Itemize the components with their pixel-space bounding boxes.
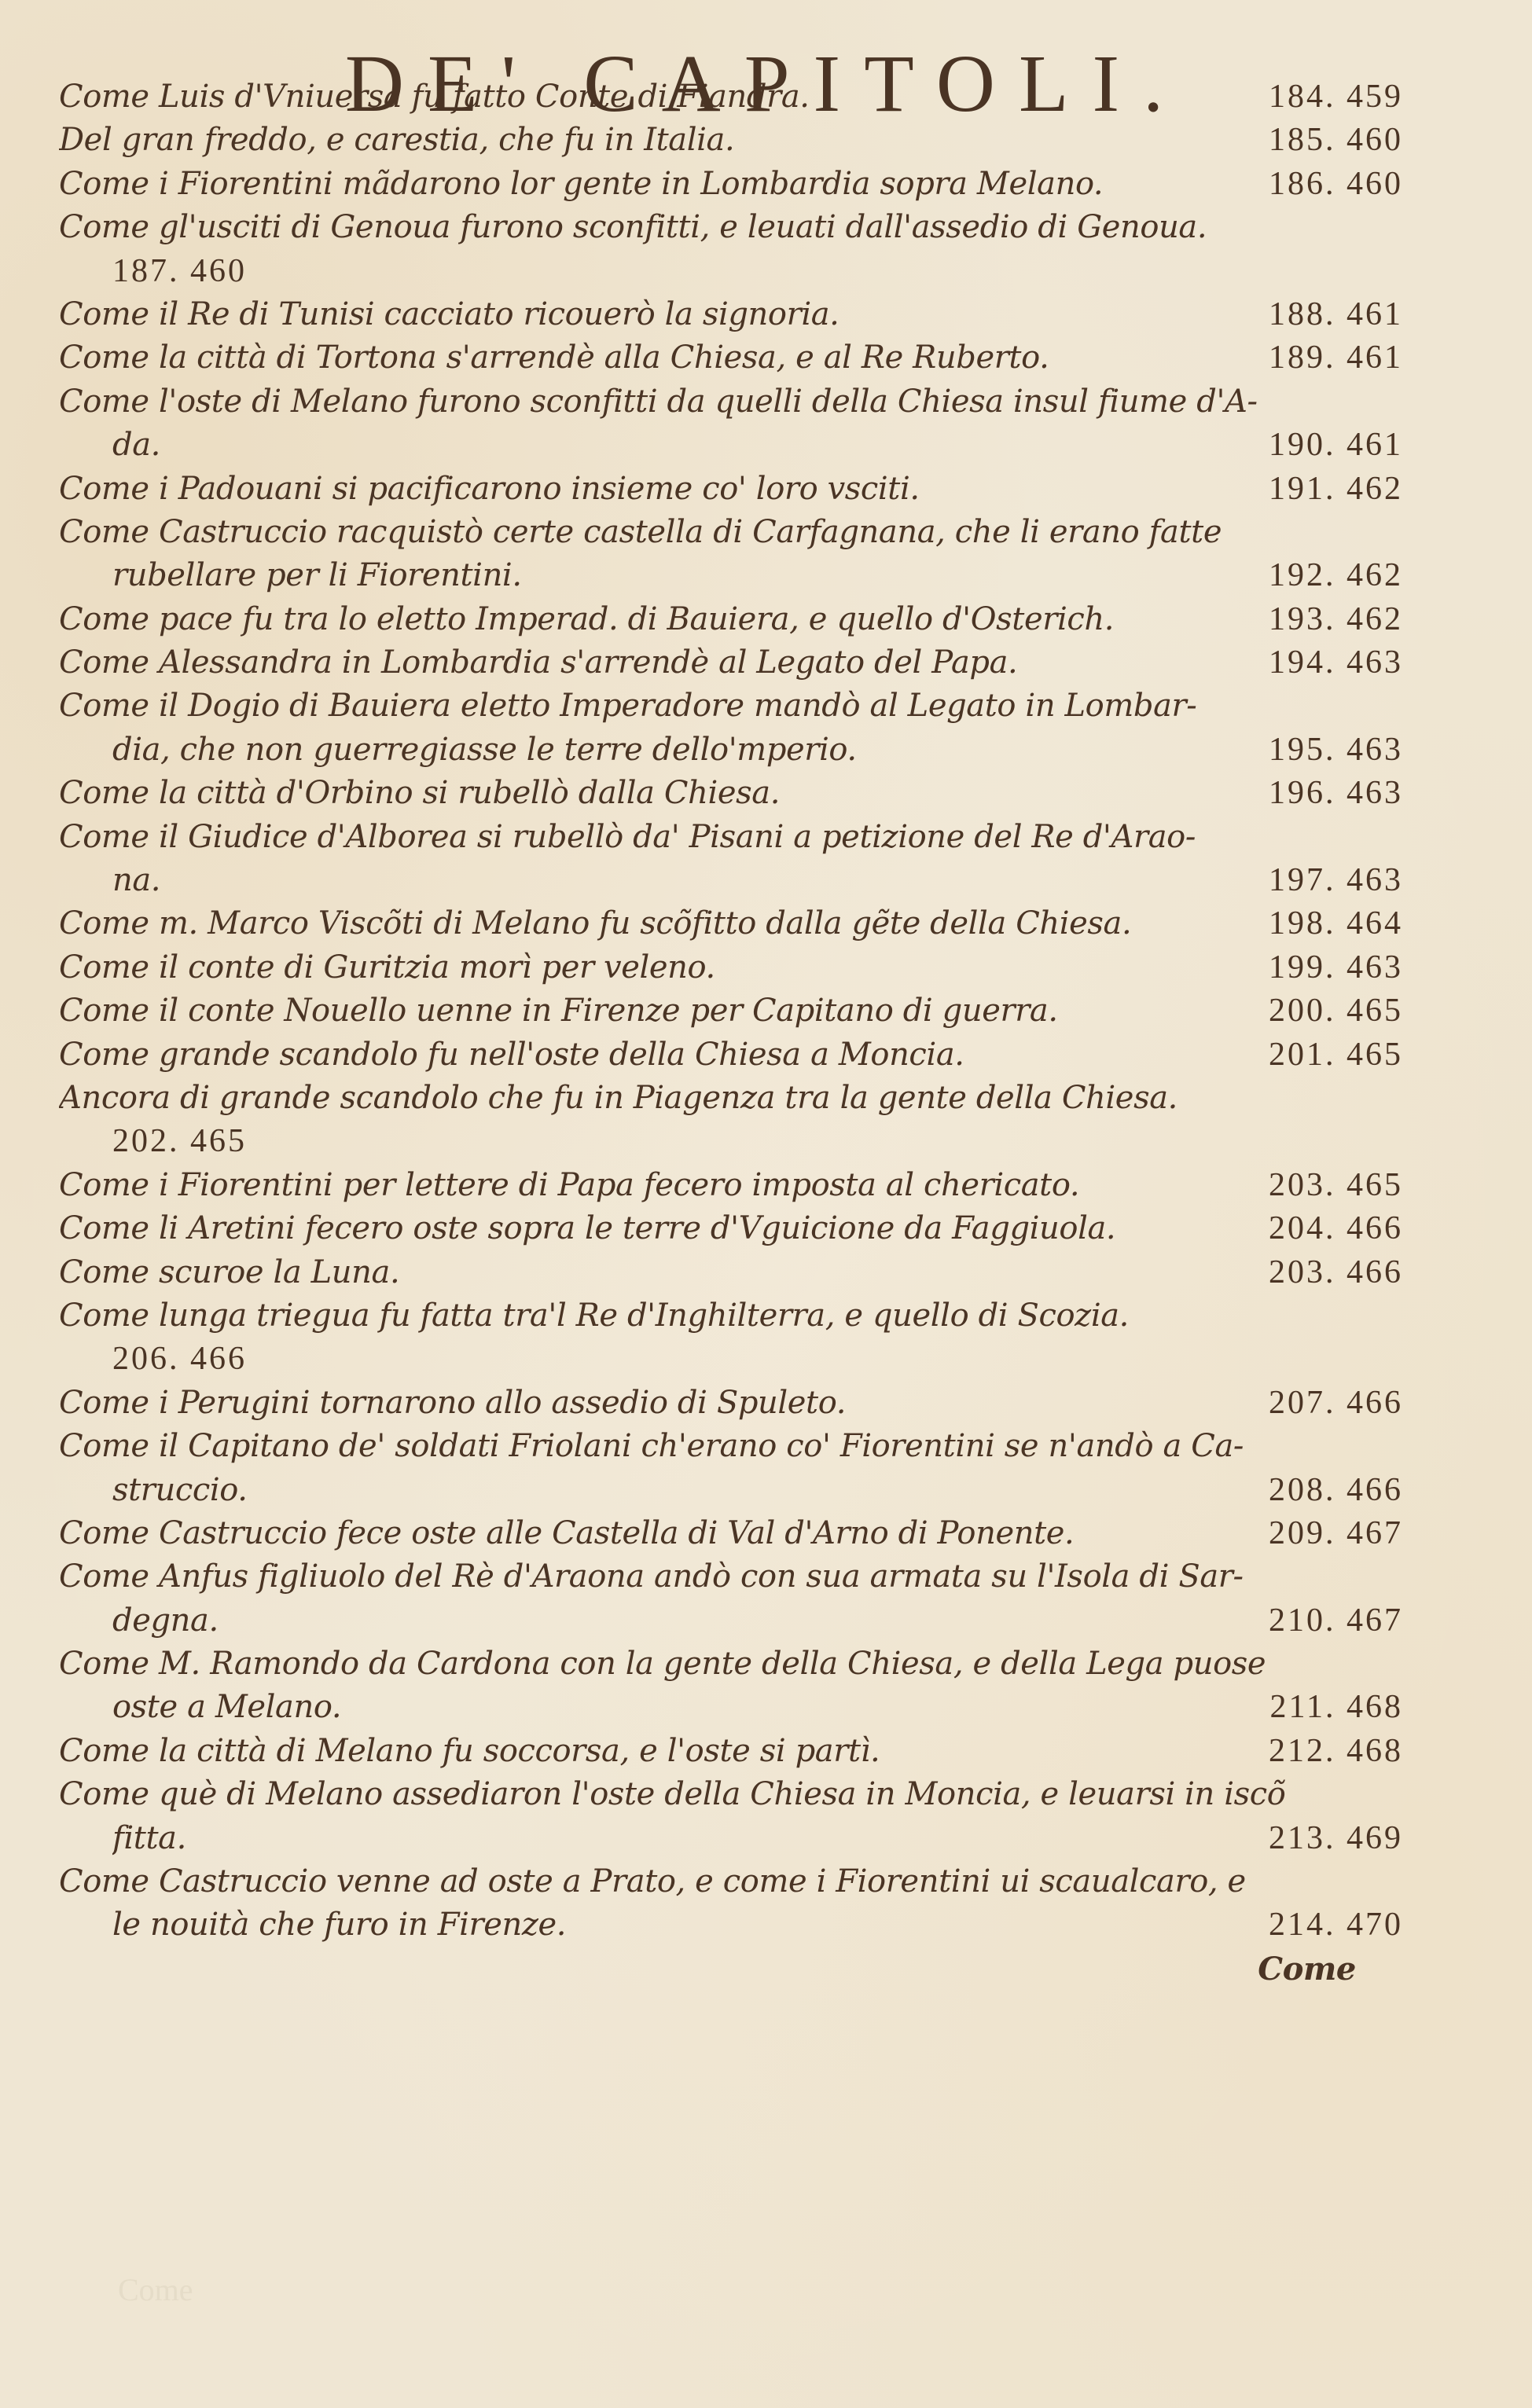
toc-entry: Come grande scandolo fu nell'oste della …	[59, 1033, 1403, 1077]
entry-text: Come Castruccio racquistò certe castella…	[59, 511, 1222, 554]
entry-title-line: Come Castruccio fece oste alle Castella …	[59, 1512, 1403, 1555]
entry-continuation-line: na.197. 463	[59, 859, 1403, 902]
entry-title-line: Come Anfus figliuolo del Rè d'Araona and…	[59, 1555, 1403, 1599]
entry-title-line: Come M. Ramondo da Cardona con la gente …	[59, 1643, 1403, 1686]
toc-entry: Come la città di Melano fu soccorsa, e l…	[59, 1730, 1403, 1773]
entry-title-line: Come l'oste di Melano furono sconfitti d…	[59, 380, 1403, 424]
toc-entry: Come i Fiorentini per lettere di Papa fe…	[59, 1164, 1403, 1207]
chapter-page-reference: 210. 467	[1269, 1599, 1403, 1643]
entry-title-line: Ancora di grande scandolo che fu in Piag…	[59, 1077, 1403, 1120]
entry-title-line: Come Luis d'Vniuersa fu fatto Conte di F…	[59, 75, 1403, 119]
toc-entry: Come scuroe la Luna.203. 466	[59, 1251, 1403, 1294]
toc-entry: Come li Aretini fecero oste sopra le ter…	[59, 1207, 1403, 1250]
entry-text: Come scuroe la Luna.	[59, 1251, 399, 1294]
entry-text: le nouità che furo in Firenze.	[112, 1903, 566, 1947]
chapter-page-reference: 209. 467	[1269, 1512, 1403, 1555]
entry-text: Come i Fiorentini mãdarono lor gente in …	[59, 163, 1103, 206]
chapter-page-reference: 203. 466	[1269, 1251, 1403, 1294]
entry-text: Come l'oste di Melano furono sconfitti d…	[59, 380, 1258, 424]
entry-text: rubellare per li Fiorentini.	[112, 554, 522, 597]
entry-continuation-line: da.190. 461	[59, 424, 1403, 467]
entry-text: Come Alessandra in Lombardia s'arrendè a…	[59, 641, 1017, 685]
entry-text: Come Castruccio venne ad oste a Prato, e…	[59, 1860, 1246, 1903]
entry-title-line: Come Alessandra in Lombardia s'arrendè a…	[59, 641, 1403, 685]
toc-entry: Come il Dogio di Bauiera eletto Imperado…	[59, 685, 1403, 772]
chapter-page-reference: 188. 461	[1269, 293, 1403, 336]
entry-continuation-line: struccio.208. 466	[59, 1469, 1403, 1512]
catchword-line: Come	[59, 1947, 1403, 1991]
chapter-page-reference: 214. 470	[1269, 1903, 1403, 1947]
toc-entry: Come M. Ramondo da Cardona con la gente …	[59, 1643, 1403, 1730]
chapter-page-reference: 196. 463	[1269, 772, 1403, 815]
toc-entry: Come la città di Tortona s'arrendè alla …	[59, 336, 1403, 380]
entry-text: Come il Giudice d'Alborea si rubellò da'…	[59, 816, 1196, 859]
chapter-page-reference: 190. 461	[1269, 424, 1403, 467]
entry-title-line: Come i Fiorentini per lettere di Papa fe…	[59, 1164, 1403, 1207]
entry-text: Del gran freddo, e carestia, che fu in I…	[59, 119, 734, 162]
entry-title-line: Come scuroe la Luna.203. 466	[59, 1251, 1403, 1294]
entry-text: Come la città di Melano fu soccorsa, e l…	[59, 1730, 880, 1773]
entry-text: Come Luis d'Vniuersa fu fatto Conte di F…	[59, 75, 810, 119]
chapter-page-reference: 200. 465	[1269, 989, 1403, 1033]
entry-text: Come Castruccio fece oste alle Castella …	[59, 1512, 1074, 1555]
toc-entry: Come Anfus figliuolo del Rè d'Araona and…	[59, 1555, 1403, 1643]
entry-continuation-line: 187. 460	[59, 250, 1403, 293]
toc-entry: Come Castruccio venne ad oste a Prato, e…	[59, 1860, 1403, 1947]
entry-title-line: Come la città d'Orbino si rubellò dalla …	[59, 772, 1403, 815]
chapter-page-reference: 201. 465	[1269, 1033, 1403, 1077]
chapter-page-reference: 187. 460	[112, 250, 247, 293]
entry-text: Come lunga triegua fu fatta tra'l Re d'I…	[59, 1294, 1129, 1338]
entry-title-line: Come il conte di Guritzia morì per velen…	[59, 946, 1403, 989]
show-through-text: Come	[118, 2271, 193, 2308]
entry-continuation-line: 206. 466	[59, 1338, 1403, 1381]
chapter-page-reference: 191. 462	[1269, 468, 1403, 511]
toc-entry: Come i Fiorentini mãdarono lor gente in …	[59, 163, 1403, 206]
chapter-page-reference: 198. 464	[1269, 902, 1403, 945]
entry-title-line: Come Castruccio venne ad oste a Prato, e…	[59, 1860, 1403, 1903]
entry-continuation-line: rubellare per li Fiorentini.192. 462	[59, 554, 1403, 597]
book-page: Come DE' CAPITOLI. Come Luis d'Vniuersa …	[0, 0, 1532, 2408]
entry-text: degna.	[112, 1599, 219, 1643]
entry-text: Come pace fu tra lo eletto Imperad. di B…	[59, 598, 1114, 641]
entry-continuation-line: oste a Melano.211. 468	[59, 1686, 1403, 1729]
entry-title-line: Come lunga triegua fu fatta tra'l Re d'I…	[59, 1294, 1403, 1338]
entry-continuation-line: 202. 465	[59, 1120, 1403, 1163]
chapter-page-reference: 203. 465	[1269, 1164, 1403, 1207]
entry-text: Come i Padouani si pacificarono insieme …	[59, 468, 920, 511]
toc-entry: Come gl'usciti di Genoua furono sconfitt…	[59, 206, 1403, 293]
toc-entry: Come il conte Nouello uenne in Firenze p…	[59, 989, 1403, 1033]
entry-text: Come il Capitano de' soldati Friolani ch…	[59, 1425, 1244, 1468]
entry-text: Come il conte Nouello uenne in Firenze p…	[59, 989, 1058, 1033]
entry-text: Come m. Marco Viscõti di Melano fu scõfi…	[59, 902, 1131, 945]
entry-text: fitta.	[112, 1817, 186, 1860]
toc-entry: Come la città d'Orbino si rubellò dalla …	[59, 772, 1403, 815]
entry-text: na.	[112, 859, 160, 902]
entry-text: Come què di Melano assediaron l'oste del…	[59, 1773, 1285, 1816]
toc-entry: Ancora di grande scandolo che fu in Piag…	[59, 1077, 1403, 1164]
entry-text: Come la città di Tortona s'arrendè alla …	[59, 336, 1049, 380]
chapter-page-reference: 199. 463	[1269, 946, 1403, 989]
entry-title-line: Del gran freddo, e carestia, che fu in I…	[59, 119, 1403, 162]
toc-entry: Come lunga triegua fu fatta tra'l Re d'I…	[59, 1294, 1403, 1382]
entry-title-line: Come il Capitano de' soldati Friolani ch…	[59, 1425, 1403, 1468]
entry-title-line: Come gl'usciti di Genoua furono sconfitt…	[59, 206, 1403, 249]
entry-text: Ancora di grande scandolo che fu in Piag…	[59, 1077, 1177, 1120]
catchword: Come	[1258, 1947, 1356, 1991]
entry-title-line: Come i Perugini tornarono allo assedio d…	[59, 1382, 1403, 1425]
entry-continuation-line: le nouità che furo in Firenze.214. 470	[59, 1903, 1403, 1947]
toc-entry: Come Castruccio fece oste alle Castella …	[59, 1512, 1403, 1555]
toc-entry: Come i Perugini tornarono allo assedio d…	[59, 1382, 1403, 1425]
entry-text: Come i Perugini tornarono allo assedio d…	[59, 1382, 846, 1425]
entry-title-line: Come li Aretini fecero oste sopra le ter…	[59, 1207, 1403, 1250]
toc-entry: Come Castruccio racquistò certe castella…	[59, 511, 1403, 598]
entry-title-line: Come il Giudice d'Alborea si rubellò da'…	[59, 816, 1403, 859]
chapter-page-reference: 186. 460	[1269, 163, 1403, 206]
entry-text: Come Anfus figliuolo del Rè d'Araona and…	[59, 1555, 1244, 1599]
toc-entry: Come l'oste di Melano furono sconfitti d…	[59, 380, 1403, 468]
toc-entry: Come pace fu tra lo eletto Imperad. di B…	[59, 598, 1403, 641]
toc-entry: Come m. Marco Viscõti di Melano fu scõfi…	[59, 902, 1403, 945]
entry-text: Come li Aretini fecero oste sopra le ter…	[59, 1207, 1115, 1250]
entry-title-line: Come m. Marco Viscõti di Melano fu scõfi…	[59, 902, 1403, 945]
chapter-page-reference: 192. 462	[1269, 554, 1403, 597]
toc-entry: Come Luis d'Vniuersa fu fatto Conte di F…	[59, 75, 1403, 119]
toc-entry: Del gran freddo, e carestia, che fu in I…	[59, 119, 1403, 162]
toc-entry: Come il conte di Guritzia morì per velen…	[59, 946, 1403, 989]
chapter-page-reference: 213. 469	[1269, 1817, 1403, 1860]
toc-entry: Come i Padouani si pacificarono insieme …	[59, 468, 1403, 511]
entry-title-line: Come il conte Nouello uenne in Firenze p…	[59, 989, 1403, 1033]
entry-text: Come gl'usciti di Genoua furono sconfitt…	[59, 206, 1207, 249]
entry-text: Come il Dogio di Bauiera eletto Imperado…	[59, 685, 1196, 728]
entry-title-line: Come la città di Melano fu soccorsa, e l…	[59, 1730, 1403, 1773]
entry-text: Come grande scandolo fu nell'oste della …	[59, 1033, 964, 1077]
entry-text: da.	[112, 424, 160, 467]
entry-title-line: Come grande scandolo fu nell'oste della …	[59, 1033, 1403, 1077]
toc-entry: Come il Capitano de' soldati Friolani ch…	[59, 1425, 1403, 1512]
chapter-page-reference: 208. 466	[1269, 1469, 1403, 1512]
entry-text: Come la città d'Orbino si rubellò dalla …	[59, 772, 780, 815]
entry-title-line: Come què di Melano assediaron l'oste del…	[59, 1773, 1403, 1816]
chapter-page-reference: 194. 463	[1269, 641, 1403, 685]
chapter-page-reference: 184. 459	[1269, 75, 1403, 119]
chapter-page-reference: 197. 463	[1269, 859, 1403, 902]
entry-continuation-line: fitta.213. 469	[59, 1817, 1403, 1860]
chapter-page-reference: 206. 466	[112, 1338, 247, 1381]
chapter-page-reference: 211. 468	[1270, 1686, 1403, 1729]
entry-text: Come il conte di Guritzia morì per velen…	[59, 946, 715, 989]
entry-text: Come M. Ramondo da Cardona con la gente …	[59, 1643, 1266, 1686]
chapter-page-reference: 204. 466	[1269, 1207, 1403, 1250]
entry-title-line: Come i Padouani si pacificarono insieme …	[59, 468, 1403, 511]
entry-continuation-line: dia, che non guerregiasse le terre dello…	[59, 729, 1403, 772]
toc-entry: Come Alessandra in Lombardia s'arrendè a…	[59, 641, 1403, 685]
entry-title-line: Come il Dogio di Bauiera eletto Imperado…	[59, 685, 1403, 728]
entry-title-line: Come la città di Tortona s'arrendè alla …	[59, 336, 1403, 380]
chapter-page-reference: 193. 462	[1269, 598, 1403, 641]
entry-text: dia, che non guerregiasse le terre dello…	[112, 729, 857, 772]
entry-title-line: Come pace fu tra lo eletto Imperad. di B…	[59, 598, 1403, 641]
chapter-page-reference: 212. 468	[1269, 1730, 1403, 1773]
chapter-page-reference: 185. 460	[1269, 119, 1403, 162]
toc-entry: Come què di Melano assediaron l'oste del…	[59, 1773, 1403, 1860]
entry-title-line: Come il Re di Tunisi cacciato ricouerò l…	[59, 293, 1403, 336]
chapter-page-reference: 195. 463	[1269, 729, 1403, 772]
entry-title-line: Come i Fiorentini mãdarono lor gente in …	[59, 163, 1403, 206]
chapter-page-reference: 207. 466	[1269, 1382, 1403, 1425]
entry-text: oste a Melano.	[112, 1686, 341, 1729]
chapter-page-reference: 189. 461	[1269, 336, 1403, 380]
entry-text: Come i Fiorentini per lettere di Papa fe…	[59, 1164, 1079, 1207]
table-of-contents: Come Luis d'Vniuersa fu fatto Conte di F…	[59, 75, 1403, 1991]
chapter-page-reference: 202. 465	[112, 1120, 247, 1163]
toc-entry: Come il Giudice d'Alborea si rubellò da'…	[59, 816, 1403, 903]
entry-title-line: Come Castruccio racquistò certe castella…	[59, 511, 1403, 554]
entry-text: struccio.	[112, 1469, 248, 1512]
entry-continuation-line: degna.210. 467	[59, 1599, 1403, 1643]
toc-entry: Come il Re di Tunisi cacciato ricouerò l…	[59, 293, 1403, 336]
entry-text: Come il Re di Tunisi cacciato ricouerò l…	[59, 293, 839, 336]
